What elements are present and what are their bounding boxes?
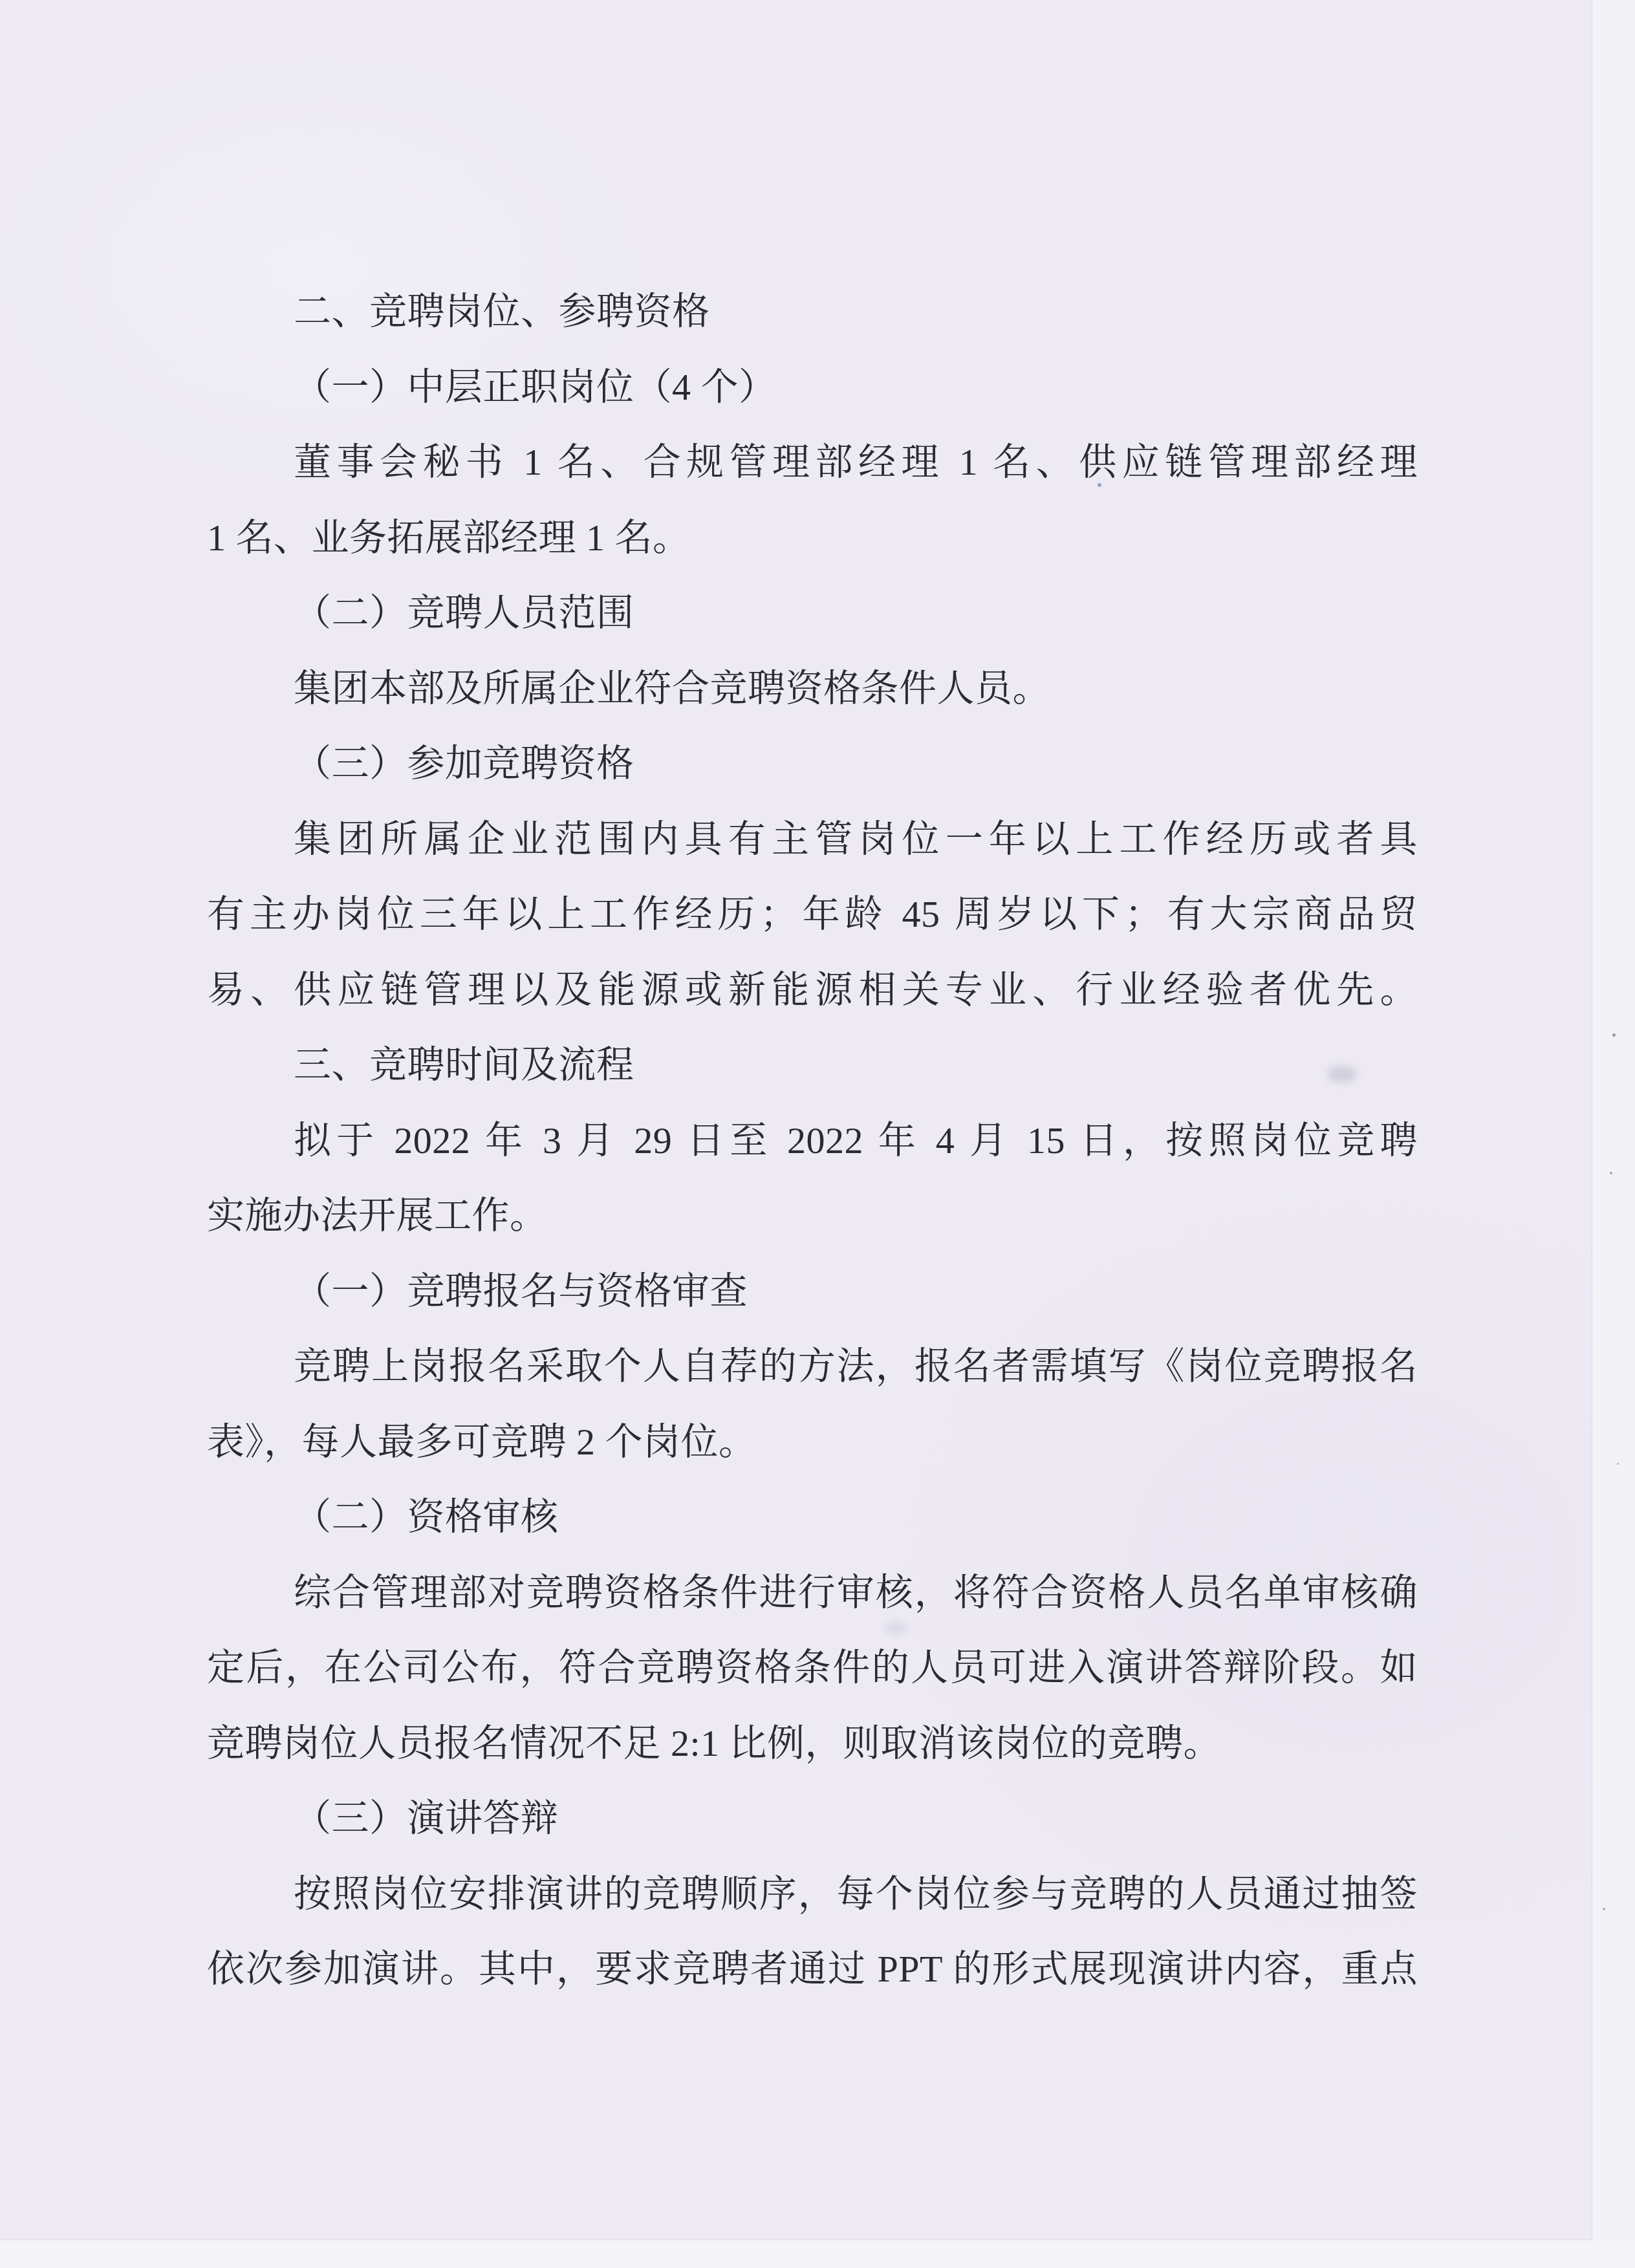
scanner-backing-right <box>1592 0 1635 2268</box>
text-line: 按照岗位安排演讲的竞聘顺序，每个岗位参与竞聘的人员通过抽签 <box>207 1857 1418 1932</box>
scanned-document-screenshot: { "colors": { "paper": "#edeaf4", "backi… <box>0 0 1635 2268</box>
text-line: （一）竞聘报名与资格审查 <box>207 1254 1418 1330</box>
text-line: 表》，每人最多可竞聘 2 个岗位。 <box>207 1405 1418 1480</box>
text-line: （二）资格审核 <box>207 1480 1418 1555</box>
text-line: 1 名、业务拓展部经理 1 名。 <box>207 501 1418 576</box>
text-line: 集团所属企业范围内具有主管岗位一年以上工作经历或者具 <box>207 802 1418 878</box>
text-line: （三）参加竞聘资格 <box>207 726 1418 802</box>
text-line: 竞聘上岗报名采取个人自荐的方法，报名者需填写《岗位竞聘报名 <box>207 1329 1418 1405</box>
text-line: 拟于 2022 年 3 月 29 日至 2022 年 4 月 15 日，按照岗位… <box>207 1103 1418 1179</box>
text-line: 竞聘岗位人员报名情况不足 2:1 比例，则取消该岗位的竞聘。 <box>207 1706 1418 1782</box>
text-line: 易、供应链管理以及能源或新能源相关专业、行业经验者优先。 <box>207 953 1418 1028</box>
text-line: （三）演讲答辩 <box>207 1781 1418 1857</box>
text-line: 董事会秘书 1 名、合规管理部经理 1 名、供应链管理部经理 <box>207 425 1418 501</box>
text-line: 集团本部及所属企业符合竞聘资格条件人员。 <box>207 651 1418 727</box>
text-line: 依次参加演讲。其中，要求竞聘者通过 PPT 的形式展现演讲内容，重点 <box>207 1932 1418 2007</box>
text-line: （二）竞聘人员范围 <box>207 576 1418 651</box>
text-line: 二、竞聘岗位、参聘资格 <box>207 274 1418 350</box>
text-line: 有主办岗位三年以上工作经历；年龄 45 周岁以下；有大宗商品贸 <box>207 877 1418 953</box>
text-line: （一）中层正职岗位（4 个） <box>207 350 1418 426</box>
document-body-text: 二、竞聘岗位、参聘资格（一）中层正职岗位（4 个）董事会秘书 1 名、合规管理部… <box>207 274 1418 2007</box>
text-line: 综合管理部对竞聘资格条件进行审核，将符合资格人员名单审核确 <box>207 1555 1418 1631</box>
text-line: 三、竞聘时间及流程 <box>207 1028 1418 1103</box>
text-line: 实施办法开展工作。 <box>207 1178 1418 1254</box>
text-line: 定后，在公司公布，符合竞聘资格条件的人员可进入演讲答辩阶段。如 <box>207 1630 1418 1706</box>
scanner-backing-bottom <box>0 2240 1635 2268</box>
